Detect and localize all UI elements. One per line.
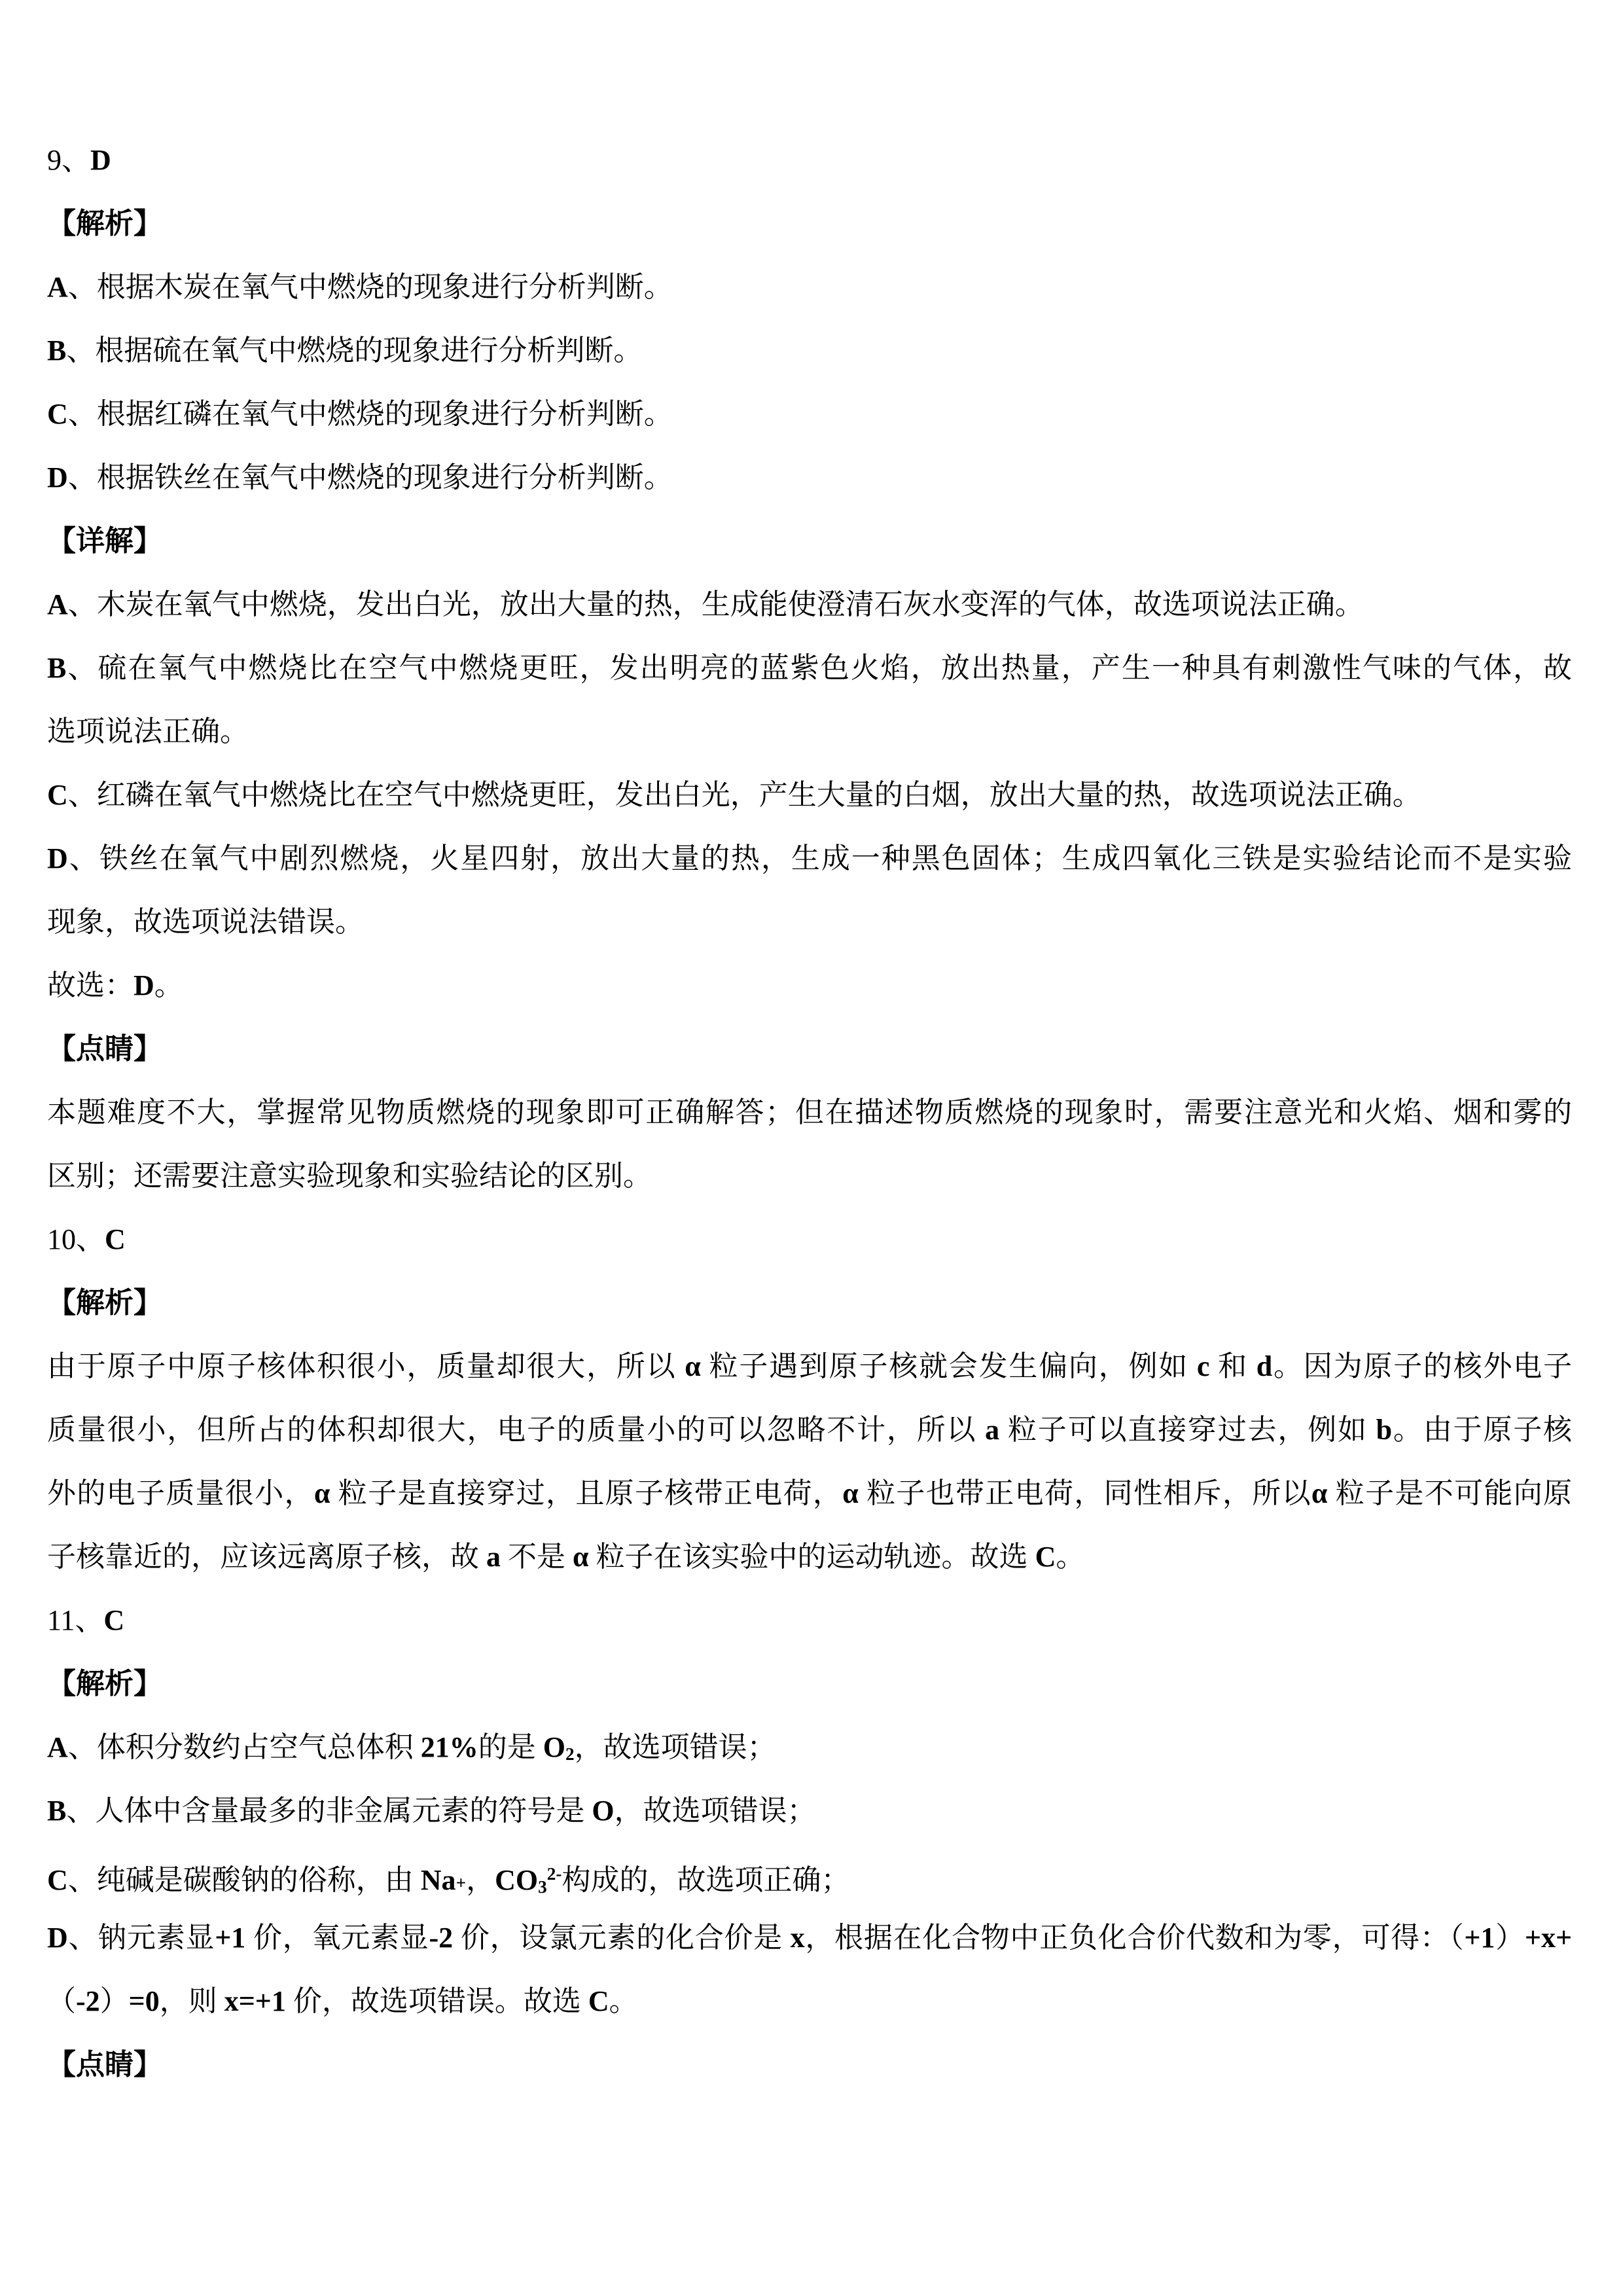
text-segment: +1 — [1464, 1922, 1495, 1954]
text-segment: C — [47, 398, 68, 430]
detail-b-9-line2: 选项说法正确。 — [47, 700, 1572, 763]
option-d-11-line2: （-2）=0，则 x=+1 价，故选项错误。故选 C。 — [47, 1969, 1572, 2033]
text-segment: ，则 — [160, 1985, 224, 2017]
text-segment: 【点睛】 — [47, 1033, 162, 1065]
text-segment: + — [456, 1873, 467, 1893]
analysis-10-line2: 质量很小，但所占的体积却很大，电子的质量小的可以忽略不计，所以 a 粒子可以直接… — [47, 1398, 1572, 1462]
text-segment: x=+1 — [224, 1985, 286, 2017]
text-segment: 价，氧元素显 — [245, 1922, 429, 1954]
text-segment: 、木炭在氧气中燃烧，发出白光，放出大量的热，生成能使澄清石灰水变浑的气体，故选项… — [68, 588, 1364, 620]
text-segment: ，根据在化合物中正负化合价代数和为零，可得：（ — [805, 1922, 1465, 1954]
text-segment: 质量很小，但所占的体积却很大，电子的质量小的可以忽略不计，所以 — [47, 1414, 985, 1446]
text-segment: C — [47, 779, 68, 811]
document-page: 9、D【解析】A、根据木炭在氧气中燃烧的现象进行分析判断。B、根据硫在氧气中燃烧… — [0, 0, 1623, 2296]
section-analysis-9: 【解析】 — [47, 192, 1572, 255]
text-segment: 价，故选项错误。故选 — [286, 1985, 588, 2017]
option-b-11: B、人体中含量最多的非金属元素的符号是 O，故选项错误； — [47, 1779, 1572, 1842]
text-segment: A — [47, 588, 68, 620]
text-segment: 11、 — [47, 1604, 103, 1636]
text-segment: 、体积分数约占空气总体积 — [68, 1731, 421, 1763]
tip-9-line2: 区别；还需要注意实验现象和实验结论的区别。 — [47, 1144, 1572, 1208]
text-segment: B — [47, 334, 66, 367]
text-segment: -2 — [76, 1985, 100, 2017]
text-segment: 、根据硫在氧气中燃烧的现象进行分析判断。 — [66, 334, 642, 367]
detail-d-9-line2: 现象，故选项说法错误。 — [47, 890, 1572, 954]
text-segment: （ — [47, 1985, 76, 2017]
text-segment: a — [985, 1414, 999, 1446]
text-segment: 、纯碱是碳酸钠的俗称，由 — [68, 1864, 421, 1896]
text-segment: C — [1035, 1541, 1056, 1573]
text-segment: D — [90, 144, 111, 176]
text-segment: 构成的，故选项正确； — [562, 1864, 849, 1896]
text-segment: 。 — [609, 1985, 638, 2017]
text-segment: 价，设氯元素的化合价是 — [453, 1922, 791, 1954]
text-segment: ） — [1495, 1922, 1524, 1954]
text-segment: α — [685, 1350, 701, 1382]
text-segment: 由于原子中原子核体积很小，质量却很大，所以 — [47, 1350, 685, 1382]
text-segment: Na — [421, 1864, 456, 1896]
text-segment: 【解析】 — [47, 1668, 162, 1700]
text-segment: 10、 — [47, 1223, 105, 1255]
text-segment: 3 — [538, 1877, 547, 1897]
section-detail-9: 【详解】 — [47, 509, 1572, 573]
text-segment: A — [47, 1731, 68, 1763]
text-segment: 粒子遇到原子核就会发生偏向，例如 — [701, 1350, 1197, 1382]
text-segment: 选项说法正确。 — [47, 715, 249, 747]
text-segment: 【解析】 — [47, 1287, 162, 1319]
text-segment: B — [47, 1795, 66, 1827]
text-segment: D — [47, 842, 68, 874]
text-segment: 【详解】 — [47, 525, 162, 557]
answer-10: 10、C — [47, 1208, 1572, 1271]
text-segment: 9、 — [47, 144, 90, 176]
answer-11: 11、C — [47, 1588, 1572, 1652]
option-d-9: D、根据铁丝在氧气中燃烧的现象进行分析判断。 — [47, 446, 1572, 509]
text-segment: 的是 — [478, 1731, 543, 1763]
text-segment: 、根据木炭在氧气中燃烧的现象进行分析判断。 — [68, 271, 673, 303]
text-segment: 子核靠近的，应该远离原子核，故 — [47, 1541, 486, 1573]
text-segment: α — [573, 1541, 589, 1573]
option-d-11-line1: D、钠元素显+1 价，氧元素显-2 价，设氯元素的化合价是 x，根据在化合物中正… — [47, 1906, 1572, 1969]
text-segment: 和 — [1209, 1350, 1256, 1382]
text-segment: ，故选项错误； — [615, 1795, 816, 1827]
text-segment: =0 — [129, 1985, 160, 2017]
text-segment: 。 — [1056, 1541, 1084, 1573]
text-segment: α — [842, 1477, 859, 1509]
text-segment: B — [47, 652, 66, 684]
text-segment: ，故选项错误； — [575, 1731, 776, 1763]
text-segment: O — [543, 1731, 565, 1763]
conclusion-9: 故选：D。 — [47, 954, 1572, 1017]
section-tip-9: 【点睛】 — [47, 1017, 1572, 1081]
text-segment: 21% — [421, 1731, 478, 1763]
section-tip-11: 【点睛】 — [47, 2033, 1572, 2096]
text-segment: x — [791, 1922, 805, 1954]
text-segment: 粒子在该实验中的运动轨迹。故选 — [589, 1541, 1035, 1573]
text-segment: O — [592, 1795, 614, 1827]
text-segment: 、根据红磷在氧气中燃烧的现象进行分析判断。 — [68, 398, 673, 430]
text-segment: 本题难度不大，掌握常见物质燃烧的现象即可正确解答；但在描述物质燃烧的现象时，需要… — [47, 1096, 1572, 1128]
text-segment: 粒子可以直接穿过去，例如 — [999, 1414, 1376, 1446]
text-segment: a — [486, 1541, 501, 1573]
text-segment: 、人体中含量最多的非金属元素的符号是 — [66, 1795, 592, 1827]
section-analysis-10: 【解析】 — [47, 1271, 1572, 1335]
detail-d-9-line1: D、铁丝在氧气中剧烈燃烧，火星四射，放出大量的热，生成一种黑色固体；生成四氧化三… — [47, 827, 1572, 890]
analysis-10-line1: 由于原子中原子核体积很小，质量却很大，所以 α 粒子遇到原子核就会发生偏向，例如… — [47, 1335, 1572, 1398]
text-segment: 故选： — [47, 969, 134, 1001]
text-segment: 、铁丝在氧气中剧烈燃烧，火星四射，放出大量的热，生成一种黑色固体；生成四氧化三铁… — [68, 842, 1572, 874]
text-segment: 区别；还需要注意实验现象和实验结论的区别。 — [47, 1160, 652, 1192]
section-analysis-11: 【解析】 — [47, 1652, 1572, 1715]
text-segment: 现象，故选项说法错误。 — [47, 906, 364, 938]
detail-b-9-line1: B、硫在氧气中燃烧比在空气中燃烧更旺，发出明亮的蓝紫色火焰，放出热量，产生一种具… — [47, 636, 1572, 700]
text-segment: 粒子是不可能向原 — [1327, 1477, 1572, 1509]
text-segment: d — [1257, 1350, 1272, 1382]
text-segment: C — [588, 1985, 609, 2017]
analysis-10-line3: 外的电子质量很小，α 粒子是直接穿过，且原子核带正电荷，α 粒子也带正电荷，同性… — [47, 1462, 1572, 1525]
text-segment: D — [47, 1922, 68, 1954]
text-segment: 不是 — [501, 1541, 573, 1573]
text-segment: CO — [495, 1864, 538, 1896]
detail-c-9: C、红磷在氧气中燃烧比在空气中燃烧更旺，发出白光，产生大量的白烟，放出大量的热，… — [47, 763, 1572, 827]
text-segment: A — [47, 271, 68, 303]
text-segment: +1 — [215, 1922, 245, 1954]
text-segment: 。因为原子的核外电子 — [1272, 1350, 1572, 1382]
detail-a-9: A、木炭在氧气中燃烧，发出白光，放出大量的热，生成能使澄清石灰水变浑的气体，故选… — [47, 573, 1572, 636]
answer-9: 9、D — [47, 128, 1572, 192]
text-segment: 2 — [565, 1744, 575, 1764]
text-segment: 粒子也带正电荷，同性相斥，所以 — [859, 1477, 1311, 1509]
text-segment: C — [103, 1604, 124, 1636]
text-segment: ， — [466, 1864, 495, 1896]
text-segment: 、钠元素显 — [68, 1922, 215, 1954]
text-segment: 外的电子质量很小， — [47, 1477, 314, 1509]
text-segment: 2- — [547, 1864, 562, 1884]
text-segment: -2 — [429, 1922, 453, 1954]
text-segment: +x+ — [1525, 1922, 1572, 1954]
text-segment: 、硫在氧气中燃烧比在空气中燃烧更旺，发出明亮的蓝紫色火焰，放出热量，产生一种具有… — [66, 652, 1572, 684]
text-segment: 、根据铁丝在氧气中燃烧的现象进行分析判断。 — [68, 461, 673, 493]
text-segment: 、红磷在氧气中燃烧比在空气中燃烧更旺，发出白光，产生大量的白烟，放出大量的热，故… — [68, 779, 1421, 811]
text-segment: α — [314, 1477, 330, 1509]
text-segment: 【点睛】 — [47, 2049, 162, 2081]
option-c-9: C、根据红磷在氧气中燃烧的现象进行分析判断。 — [47, 382, 1572, 446]
text-segment: c — [1197, 1350, 1210, 1382]
text-segment: 粒子是直接穿过，且原子核带正电荷， — [330, 1477, 842, 1509]
option-b-9: B、根据硫在氧气中燃烧的现象进行分析判断。 — [47, 319, 1572, 382]
text-segment: D — [134, 969, 154, 1001]
analysis-10-line4: 子核靠近的，应该远离原子核，故 a 不是 α 粒子在该实验中的运动轨迹。故选 C… — [47, 1525, 1572, 1588]
option-a-11: A、体积分数约占空气总体积 21%的是 O2，故选项错误； — [47, 1715, 1572, 1779]
text-segment: 。 — [154, 969, 183, 1001]
text-segment: C — [105, 1223, 126, 1255]
text-segment: C — [47, 1864, 68, 1896]
text-segment: 。由于原子核 — [1392, 1414, 1572, 1446]
text-segment: 【解析】 — [47, 207, 162, 240]
text-segment: b — [1376, 1414, 1392, 1446]
text-segment: α — [1311, 1477, 1328, 1509]
text-segment: D — [47, 461, 68, 493]
option-a-9: A、根据木炭在氧气中燃烧的现象进行分析判断。 — [47, 255, 1572, 319]
text-segment: ） — [100, 1985, 129, 2017]
tip-9-line1: 本题难度不大，掌握常见物质燃烧的现象即可正确解答；但在描述物质燃烧的现象时，需要… — [47, 1081, 1572, 1144]
option-c-11: C、纯碱是碳酸钠的俗称，由 Na+，CO32-构成的，故选项正确； — [47, 1842, 1572, 1906]
